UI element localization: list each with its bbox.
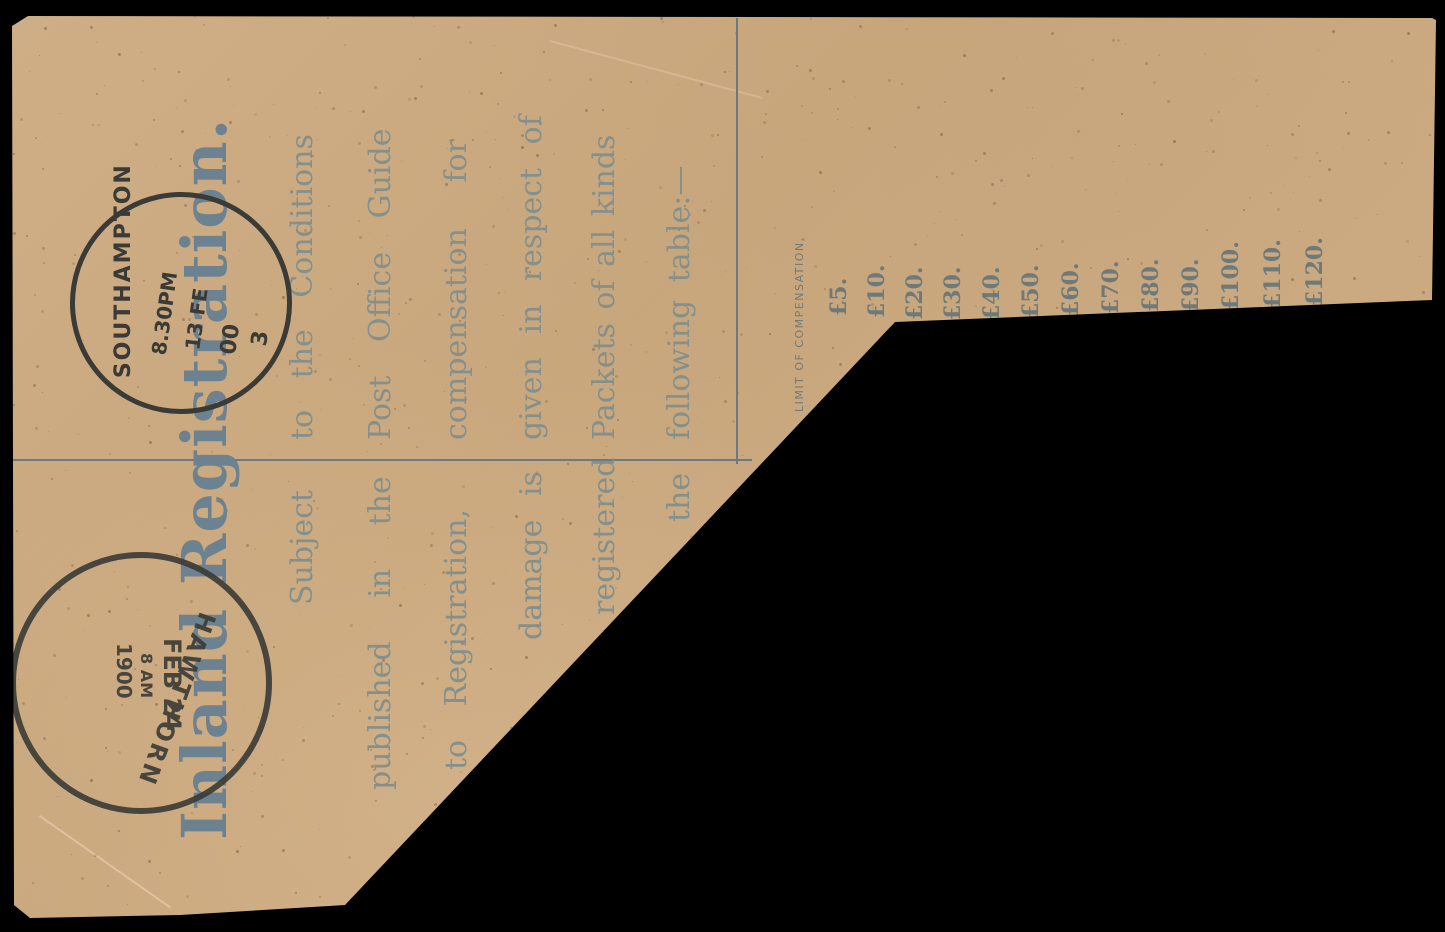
postmark-date: FEB 24 xyxy=(158,638,186,731)
vertical-divider xyxy=(736,18,738,464)
postmark-year: 1900 xyxy=(112,643,136,699)
postmark-time: 8.30PM xyxy=(147,270,182,356)
conditions-line-lower: to Registration, xyxy=(442,509,472,770)
compensation-amount: £10. xyxy=(866,264,888,318)
conditions-line-upper: Post Office Guide xyxy=(366,129,396,440)
postmark-time: 8 AM xyxy=(137,653,156,698)
crease xyxy=(549,40,762,99)
compensation-amount: £20. xyxy=(904,266,926,320)
compensation-amount: £80. xyxy=(1140,258,1162,312)
crease xyxy=(39,815,171,908)
compensation-amount: £100. xyxy=(1220,241,1242,310)
conditions-line-upper: following table:— xyxy=(665,166,695,440)
conditions-line-upper: compensation for xyxy=(442,139,472,440)
compensation-amount: £90. xyxy=(1180,258,1202,312)
postmark-hawthorn: HAWTHORN FEB 24 8 AM 1900 xyxy=(10,552,272,814)
conditions-line-upper: to the Conditions xyxy=(288,134,318,440)
postmark-southampton: SOUTHAMPTON 8.30PM 13 FE 00 3 xyxy=(49,171,312,434)
conditions-line-lower: Subject xyxy=(288,490,318,605)
conditions-line-upper: Packets of all kinds xyxy=(590,135,620,440)
conditions-line-lower: damage is xyxy=(517,471,547,640)
compensation-amount: £40. xyxy=(981,266,1003,320)
conditions-line-upper: given in respect of xyxy=(517,115,547,440)
compensation-amount: £50. xyxy=(1020,264,1042,318)
compensation-amount: £70. xyxy=(1100,260,1122,314)
postmark-code: 3 xyxy=(247,329,274,348)
horizontal-divider xyxy=(12,459,752,461)
postmark-date: 13 FE xyxy=(180,287,212,352)
conditions-line-lower: the xyxy=(665,473,695,522)
compensation-amount: £110. xyxy=(1262,239,1284,308)
compensation-amount: £60. xyxy=(1060,262,1082,316)
compensation-amount: £120. xyxy=(1304,237,1326,306)
compensation-amount: £30. xyxy=(942,266,964,320)
conditions-line-lower: registered xyxy=(590,458,620,615)
postmark-year: 00 xyxy=(216,322,245,356)
conditions-line-lower: published in the xyxy=(366,476,396,790)
compensation-amount: £5. xyxy=(828,278,850,316)
compensation-header: LIMIT OF COMPENSATION. xyxy=(794,236,805,412)
postmark-town: SOUTHAMPTON xyxy=(111,163,136,378)
registered-envelope-fragment: Inland Registration. Subject published i… xyxy=(0,0,1445,932)
